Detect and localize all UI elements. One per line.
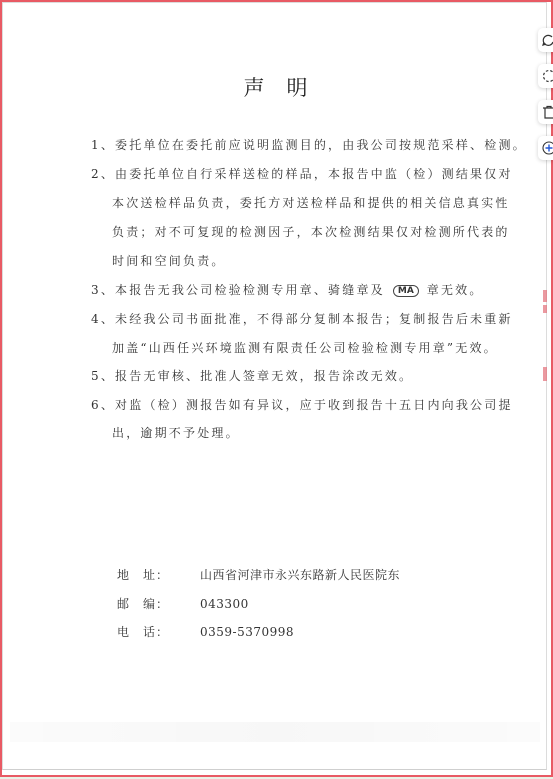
statement-item-4: 4、未经我公司书面批准，不得部分复制本报告；复制报告后未重新 [91, 310, 513, 327]
document-page [2, 2, 547, 770]
seal-fragment [543, 367, 547, 381]
statement-item-2: 2、由委托单位自行采样送检的样品，本报告中监（检）测结果仅对 [91, 165, 513, 182]
delete-button[interactable] [538, 100, 553, 124]
statement-item-3: 3、本报告无我公司检验检测专用章、骑缝章及MA章无效。 [91, 281, 484, 298]
statement-item-2-line-3: 负责；对不可复现的检测因子，本次检测结果仅对检测所代表的 [112, 223, 510, 240]
statement-item-2-line-4: 时间和空间负责。 [112, 252, 226, 269]
statement-item-5: 5、报告无审核、批准人签章无效，报告涂改无效。 [91, 367, 413, 384]
contact-postcode: 邮 编：043300 [117, 595, 249, 612]
rotate-button[interactable] [538, 28, 553, 52]
rotate-icon [541, 33, 553, 47]
statement-item-6: 6、对监（检）测报告如有异议，应于收到报告十五日内向我公司提 [91, 396, 513, 413]
seal-fragment [543, 305, 547, 313]
add-button[interactable] [538, 136, 553, 160]
statement-item-2-line-2: 本次送检样品负责，委托方对送检样品和提供的相关信息真实性 [112, 194, 510, 211]
add-icon [541, 141, 553, 155]
seal-fragment [543, 290, 547, 302]
statement-item-4-line-2: 加盖“山西任兴环境监测有限责任公司检验检测专用章”无效。 [112, 339, 498, 356]
faded-footer-text [10, 722, 540, 742]
page-title: 声明 [0, 72, 553, 102]
floating-toolbar [538, 28, 553, 172]
lasso-icon [541, 69, 553, 83]
contact-phone: 电 话：0359-5370998 [117, 623, 294, 640]
statement-item-6-line-2: 出，逾期不予处理。 [112, 424, 240, 441]
statement-item-1: 1、委托单位在委托前应说明监测目的，由我公司按规范采样、检测。 [91, 136, 527, 153]
cma-mark-icon: MA [393, 285, 419, 297]
delete-icon [541, 105, 553, 119]
lasso-button[interactable] [538, 64, 553, 88]
contact-address: 地 址：山西省河津市永兴东路新人民医院东 [117, 566, 400, 583]
